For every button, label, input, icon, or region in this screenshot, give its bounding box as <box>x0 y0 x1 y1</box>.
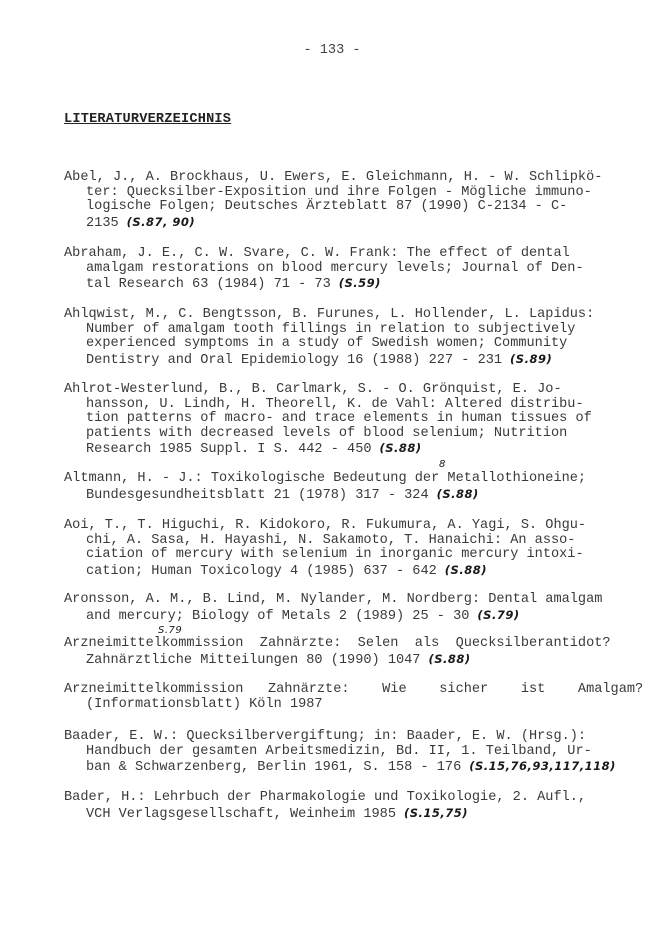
reference-line: (Informationsblatt) Köln 1987 <box>64 698 612 713</box>
handwritten-page-note: (S.89) <box>510 352 552 366</box>
handwritten-page-note: (S.15,75) <box>404 806 468 820</box>
reference-entry: Aoi, T., T. Higuchi, R. Kidokoro, R. Fuk… <box>64 519 612 579</box>
reference-line: logische Folgen; Deutsches Ärzteblatt 87… <box>64 200 612 215</box>
reference-line: tion patterns of macro- and trace elemen… <box>64 412 612 427</box>
reference-entry: Baader, E. W.: Quecksilbervergiftung; in… <box>64 730 612 776</box>
reference-entry: Bader, H.: Lehrbuch der Pharmakologie un… <box>64 791 612 822</box>
reference-entry: Abel, J., A. Brockhaus, U. Ewers, E. Gle… <box>64 171 612 231</box>
reference-line: Altmann, H. - J.: Toxikologische Bedeutu… <box>64 472 612 487</box>
reference-line: Abel, J., A. Brockhaus, U. Ewers, E. Gle… <box>64 171 612 186</box>
reference-line: cation; Human Toxicology 4 (1985) 637 - … <box>64 563 612 580</box>
reference-line: hansson, U. Lindh, H. Theorell, K. de Va… <box>64 398 612 413</box>
section-heading: LITERATURVERZEICHNIS <box>64 112 231 127</box>
reference-entry: Ahlqwist, M., C. Bengtsson, B. Furunes, … <box>64 308 612 368</box>
reference-line: Abraham, J. E., C. W. Svare, C. W. Frank… <box>64 247 612 262</box>
reference-line: ciation of mercury with selenium in inor… <box>64 548 612 563</box>
reference-entry: Arzneimittelkommission Zahnärzte: Wie si… <box>64 683 612 712</box>
reference-line: Bundesgesundheitsblatt 21 (1978) 317 - 3… <box>64 487 612 504</box>
page-number: - 133 - <box>0 43 664 58</box>
handwritten-page-note: (S.88) <box>380 441 422 455</box>
reference-line: Aronsson, A. M., B. Lind, M. Nylander, M… <box>64 593 612 608</box>
reference-line: Arzneimittelkommission Zahnärzte: Selen … <box>64 637 612 652</box>
handwritten-page-note: (S.88) <box>445 563 487 577</box>
reference-entry: Altmann, H. - J.: Toxikologische Bedeutu… <box>64 472 612 503</box>
reference-line: Dentistry and Oral Epidemiology 16 (1988… <box>64 352 612 369</box>
reference-line: experienced symptoms in a study of Swedi… <box>64 337 612 352</box>
reference-line: Arzneimittelkommission Zahnärzte: Wie si… <box>64 683 612 698</box>
reference-line: patients with decreased levels of blood … <box>64 427 612 442</box>
reference-line: Number of amalgam tooth fillings in rela… <box>64 323 612 338</box>
handwritten-page-note: (S.15,76,93,117,118) <box>469 759 616 773</box>
reference-line: ban & Schwarzenberg, Berlin 1961, S. 158… <box>64 759 612 776</box>
reference-entry: Arzneimittelkommission Zahnärzte: Selen … <box>64 637 612 668</box>
handwritten-page-note: (S.79) <box>477 608 519 622</box>
reference-line: ter: Quecksilber-Exposition und ihre Fol… <box>64 186 612 201</box>
reference-entry: Aronsson, A. M., B. Lind, M. Nylander, M… <box>64 593 612 639</box>
reference-line: VCH Verlagsgesellschaft, Weinheim 1985(S… <box>64 806 612 823</box>
handwritten-page-note: (S.59) <box>339 276 381 290</box>
reference-line: 2135(S.87, 90) <box>64 215 612 232</box>
reference-line: Research 1985 Suppl. I S. 442 - 450(S.88… <box>64 441 612 458</box>
handwritten-page-note: (S.88) <box>428 652 470 666</box>
reference-line: Zahnärztliche Mitteilungen 80 (1990) 104… <box>64 652 612 669</box>
reference-line: Handbuch der gesamten Arbeitsmedizin, Bd… <box>64 745 612 760</box>
reference-line: and mercury; Biology of Metals 2 (1989) … <box>64 608 612 625</box>
reference-line: Ahlrot-Westerlund, B., B. Carlmark, S. -… <box>64 383 612 398</box>
reference-line: Aoi, T., T. Higuchi, R. Kidokoro, R. Fuk… <box>64 519 612 534</box>
reference-entry: Abraham, J. E., C. W. Svare, C. W. Frank… <box>64 247 612 293</box>
reference-line: chi, A. Sasa, H. Hayashi, N. Sakamoto, T… <box>64 534 612 549</box>
reference-line: Baader, E. W.: Quecksilbervergiftung; in… <box>64 730 612 745</box>
reference-line: amalgam restorations on blood mercury le… <box>64 262 612 277</box>
handwritten-page-note: (S.88) <box>437 487 479 501</box>
reference-line: Ahlqwist, M., C. Bengtsson, B. Furunes, … <box>64 308 612 323</box>
reference-entry: Ahlrot-Westerlund, B., B. Carlmark, S. -… <box>64 383 612 473</box>
reference-line: Bader, H.: Lehrbuch der Pharmakologie un… <box>64 791 612 806</box>
handwritten-page-note: (S.87, 90) <box>127 215 196 229</box>
reference-line: tal Research 63 (1984) 71 - 73(S.59) <box>64 276 612 293</box>
